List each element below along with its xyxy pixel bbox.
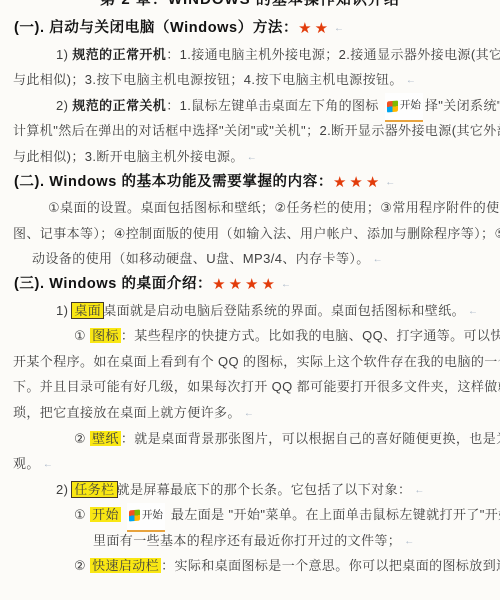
text-run: ：某些程序的快捷方式。比如我的电脑、QQ、打字通等。可以快速的打	[121, 328, 500, 343]
bold-run: (一). 启动与关闭电脑（Windows）方法：	[14, 20, 298, 36]
paragraph-mark: ←	[43, 459, 53, 470]
document-line: ①桌面的设置。桌面包括图标和壁纸；②任务栏的使用；③常用程序附件的使用（如画	[0, 195, 500, 221]
document-line: 计算机"然后在弹出的对话框中选择"关闭"或"关机"；2.断开显示器外接电源(其它…	[0, 118, 500, 144]
document-line: 开某个程序。如在桌面上看到有个 QQ 的图标，实际上这个软件存在我的电脑的一个盘…	[0, 349, 500, 375]
text-run: 下。并且目录可能有好几级，如果每次打开 QQ 都可能要打开很多文件夹，这样做就很…	[13, 379, 500, 394]
document-line: 1) 规范的正常开机：1.接通电脑主机外接电源；2.接通显示器外接电源(其它外部…	[0, 42, 500, 68]
document-line: 1) 桌面桌面就是启动电脑后登陆系统的界面。桌面包括图标和壁纸。←	[0, 298, 500, 324]
text-run: 与此相似)；3.断开电脑主机外接电源。	[13, 149, 244, 164]
bold-run: 规范的正常开机	[72, 47, 166, 62]
text-run: ：实际和桌面图标是一个意思。你可以把桌面的图标放到这里，桌	[161, 558, 500, 573]
text-run: 观。	[13, 456, 40, 471]
text-run: 2)	[56, 98, 72, 113]
text-run	[121, 507, 125, 522]
document-line: 2) 规范的正常关机：1.鼠标左键单击桌面左下角的图标 开始择"关闭系统"或"关…	[0, 93, 500, 119]
highlight-term-boxed: 桌面	[72, 303, 103, 318]
clipped-page-title: 第 2 章：WINDOWS 的基本操作知识介绍	[0, 0, 500, 9]
section-heading: (三). Windows 的桌面介绍：★★★★←	[0, 272, 500, 298]
text-run: 1)	[56, 303, 72, 318]
text-run: 2)	[56, 482, 72, 497]
text-run: ①桌面的设置。桌面包括图标和壁纸；②任务栏的使用；③常用程序附件的使用（如画	[48, 200, 500, 215]
document-line: 琐，把它直接放在桌面上就方便许多。←	[0, 400, 500, 426]
bold-run: (二). Windows 的基本功能及需要掌握的内容：	[14, 174, 333, 190]
text-run: 就是屏幕最底下的那个长条。它包括了以下对象：	[117, 482, 412, 497]
section-heading: (一). 启动与关闭电脑（Windows）方法：★★←	[0, 16, 500, 42]
text-run: 计算机"然后在弹出的对话框中选择"关闭"或"关机"；2.断开显示器外接电源(其它…	[13, 123, 500, 138]
paragraph-mark: ←	[406, 75, 416, 86]
priority-stars: ★★★	[333, 174, 382, 191]
text-run: 动设备的使用（如移动硬盘、U盘、MP3/4、内存卡等）。	[32, 251, 370, 266]
text-run: 与此相似)；3.按下电脑主机电源按钮；4.按下电脑主机电源按钮。	[13, 72, 403, 87]
highlight-term: 快速启动栏	[90, 558, 161, 573]
paragraph-mark: ←	[281, 279, 292, 290]
text-run: 桌面就是启动电脑后登陆系统的界面。桌面包括图标和壁纸。	[103, 303, 465, 318]
paragraph-mark: ←	[468, 306, 478, 317]
text-run: ①	[74, 328, 90, 343]
text-run: 1)	[56, 47, 72, 62]
text-run: ②	[74, 431, 90, 446]
document-line: 2) 任务栏就是屏幕最底下的那个长条。它包括了以下对象：←	[0, 477, 500, 503]
text-run: 琐，把它直接放在桌面上就方便许多。	[13, 405, 241, 420]
text-run: ：1.接通电脑主机外接电源；2.接通显示器外接电源(其它外部设备	[166, 47, 500, 62]
paragraph-mark: ←	[404, 536, 414, 547]
highlight-term: 开始	[90, 507, 121, 522]
text-run: 择"关闭系统"或"关闭	[425, 98, 500, 113]
highlight-term: 图标	[90, 328, 121, 343]
document-line: ① 开始 开始 最左面是 "开始"菜单。在上面单击鼠标左键就打开了"开始菜单"。	[0, 502, 500, 528]
bold-run: (三). Windows 的桌面介绍：	[14, 276, 212, 292]
document-line: 里面有一些基本的程序还有最近你打开过的文件等；←	[0, 528, 500, 554]
windows-flag-icon	[129, 510, 140, 522]
section-heading: (二). Windows 的基本功能及需要掌握的内容：★★★←	[0, 170, 500, 196]
paragraph-mark: ←	[414, 485, 424, 496]
document-line: 动设备的使用（如移动硬盘、U盘、MP3/4、内存卡等）。←	[0, 246, 500, 272]
text-run: ：就是桌面背景那张图片，可以根据自己的喜好随便更换，也是为了美	[121, 431, 500, 446]
windows-flag-icon	[387, 100, 398, 112]
document-line: ② 快速启动栏：实际和桌面图标是一个意思。你可以把桌面的图标放到这里，桌	[0, 553, 500, 579]
start-button-label: 开始	[142, 503, 163, 529]
paragraph-mark: ←	[334, 23, 345, 34]
priority-stars: ★★★★	[212, 276, 278, 293]
document-line: ② 壁纸：就是桌面背景那张图片，可以根据自己的喜好随便更换，也是为了美	[0, 426, 500, 452]
document-line: 与此相似)；3.按下电脑主机电源按钮；4.按下电脑主机电源按钮。←	[0, 67, 500, 93]
document-line: ① 图标：某些程序的快捷方式。比如我的电脑、QQ、打字通等。可以快速的打	[0, 323, 500, 349]
paragraph-mark: ←	[244, 408, 254, 419]
text-run: ①	[74, 507, 90, 522]
text-run: 最左面是 "开始"菜单。在上面单击鼠标左键就打开了"开始菜单"。	[167, 507, 500, 522]
document-page: 第 2 章：WINDOWS 的基本操作知识介绍 (一). 启动与关闭电脑（Win…	[0, 0, 500, 600]
document-line: 与此相似)；3.断开电脑主机外接电源。←	[0, 144, 500, 170]
priority-stars: ★★	[298, 20, 331, 37]
text-run: 图、记事本等）；④控制面版的使用（如输入法、用户帐户、添加与删除程序等）；⑤移	[13, 226, 500, 241]
document-line: 下。并且目录可能有好几级，如果每次打开 QQ 都可能要打开很多文件夹，这样做就很…	[0, 374, 500, 400]
highlight-term-boxed: 任务栏	[72, 482, 116, 497]
text-run: ②	[74, 558, 90, 573]
highlight-term: 壁纸	[90, 431, 121, 446]
paragraph-mark: ←	[373, 254, 383, 265]
bold-run: 规范的正常关机	[72, 98, 166, 113]
document-body: (一). 启动与关闭电脑（Windows）方法：★★←1) 规范的正常开机：1.…	[0, 16, 500, 579]
start-button-label: 开始	[400, 93, 421, 119]
text-run: 开某个程序。如在桌面上看到有个 QQ 的图标，实际上这个软件存在我的电脑的一个盘…	[13, 354, 500, 369]
paragraph-mark: ←	[247, 152, 257, 163]
document-line: 图、记事本等）；④控制面版的使用（如输入法、用户帐户、添加与删除程序等）；⑤移	[0, 221, 500, 247]
document-line: 观。←	[0, 451, 500, 477]
text-run: ：1.鼠标左键单击桌面左下角的图标	[166, 98, 383, 113]
text-run: 里面有一些基本的程序还有最近你打开过的文件等；	[93, 533, 401, 548]
paragraph-mark: ←	[385, 177, 396, 188]
